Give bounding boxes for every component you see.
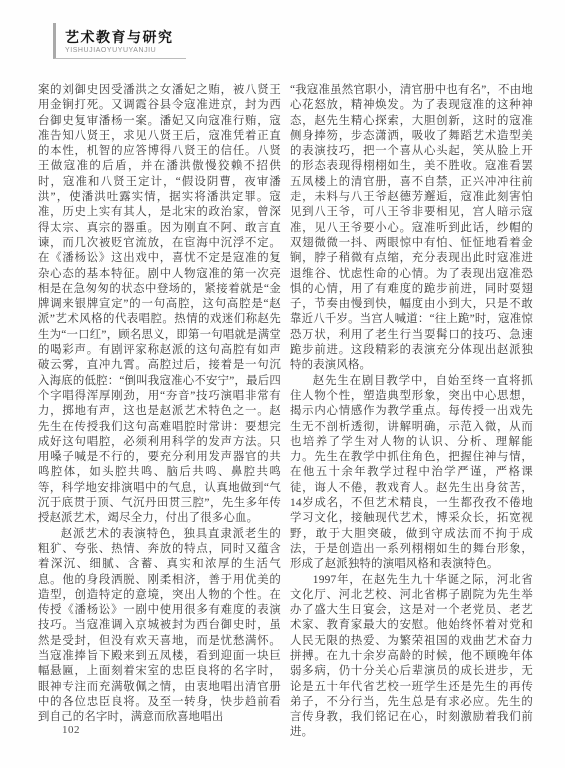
journal-header: 艺术教育与研究 YISHUJIAOYUYUYANJIU xyxy=(53,23,186,59)
page-number: 102 xyxy=(62,724,80,736)
journal-page: 艺术教育与研究 YISHUJIAOYUYUYANJIU 案的刘御史因受潘洪之女潘… xyxy=(0,0,565,768)
paragraph: 赵派艺术的表演特色，独具直隶派老生的粗犷、夸张、热情、奔放的特点，同时又蕴含着深… xyxy=(38,527,281,726)
paragraph: 1997年，在赵先生九十华诞之际，河北省文化厅、河北艺校、河北省梆子剧院为先生举… xyxy=(290,573,533,741)
journal-title-pinyin: YISHUJIAOYUYUYANJIU xyxy=(65,47,174,55)
paragraph: “我寇准虽然官职小，清官册中也有名”，不由地心花怒放，精神焕发。为了表现寇准的这… xyxy=(290,83,533,374)
text-column-right: “我寇准虽然官职小，清官册中也有名”，不由地心花怒放，精神焕发。为了表现寇准的这… xyxy=(290,83,533,741)
text-column-left: 案的刘御史因受潘洪之女潘妃之贿，被八贤王用金锏打死。又调霞谷县令寇准进京，封为西… xyxy=(38,83,281,741)
journal-title: 艺术教育与研究 xyxy=(65,31,174,46)
paragraph: 赵先生在剧目教学中，自始至终一直将抓住人物个性，塑造典型形象，突出中心思想，揭示… xyxy=(290,374,533,573)
article-body: 案的刘御史因受潘洪之女潘妃之贿，被八贤王用金锏打死。又调霞谷县令寇准进京，封为西… xyxy=(38,83,533,741)
paragraph: 案的刘御史因受潘洪之女潘妃之贿，被八贤王用金锏打死。又调霞谷县令寇准进京，封为西… xyxy=(38,83,281,527)
